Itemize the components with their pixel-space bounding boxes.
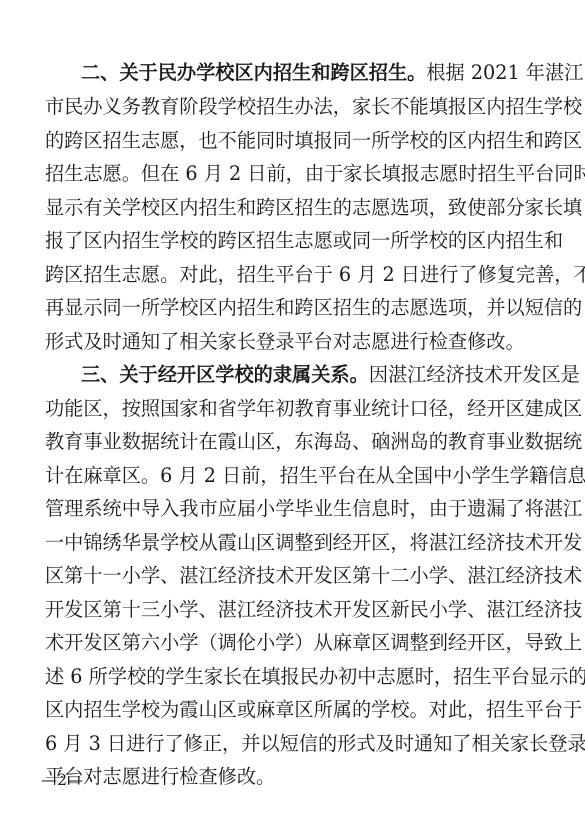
text-line: 区第十一小学、湛江经济技术开发区第十二小学、湛江经济技术 (45, 559, 531, 593)
text-line: 招生志愿。但在 6 月 2 日前，由于家长填报志愿时招生平台同时 (45, 157, 531, 191)
text-line: 区内招生学校为霞山区或麻章区所属的学校。对此，招生平台于 (45, 693, 531, 727)
section-3-first-line: 三、关于经开区学校的隶属关系。因湛江经济技术开发区是 (81, 358, 531, 392)
text-line: 一中锦绣华景学校从霞山区调整到经开区，将湛江经济技术开发 (45, 526, 531, 560)
text-line: 管理系统中导入我市应届小学毕业生信息时，由于遗漏了将湛江 (45, 492, 531, 526)
text-line: 述 6 所学校的学生家长在填报民办初中志愿时，招生平台显示的 (45, 660, 531, 694)
text-line: 根据 2021 年湛江 (426, 61, 583, 84)
text-line: 显示有关学校区内招生和跨区招生的志愿选项，致使部分家长填 (45, 191, 531, 225)
text-line: 6 月 3 日进行了修正，并以短信的形式及时通知了相关家长登录 (45, 727, 531, 761)
text-line: 平台对志愿进行检查修改。 (45, 760, 531, 794)
text-line: 报了区内招生学校的跨区招生志愿或同一所学校的区内招生和 (45, 224, 531, 258)
page-number: —2— (41, 768, 83, 792)
section-2-heading: 二、关于民办学校区内招生和跨区招生。 (81, 61, 426, 84)
text-line: 功能区，按照国家和省学年初教育事业统计口径，经开区建成区 (45, 392, 531, 426)
text-line: 开发区第十三小学、湛江经济技术开发区新民小学、湛江经济技 (45, 593, 531, 627)
section-3-heading: 三、关于经开区学校的隶属关系。 (81, 363, 369, 386)
document-page: 二、关于民办学校区内招生和跨区招生。根据 2021 年湛江 市民办义务教育阶段学… (0, 0, 585, 835)
text-line: 术开发区第六小学（调伦小学）从麻章区调整到经开区，导致上 (45, 626, 531, 660)
text-line: 因湛江经济技术开发区是 (369, 363, 580, 386)
section-2-first-line: 二、关于民办学校区内招生和跨区招生。根据 2021 年湛江 (81, 56, 531, 90)
text-line: 跨区招生志愿。对此，招生平台于 6 月 2 日进行了修复完善，不 (45, 258, 531, 292)
text-line: 市民办义务教育阶段学校招生办法，家长不能填报区内招生学校 (45, 90, 531, 124)
text-line: 再显示同一所学校区内招生和跨区招生的志愿选项，并以短信的 (45, 291, 531, 325)
text-line: 形式及时通知了相关家长登录平台对志愿进行检查修改。 (45, 325, 531, 359)
text-line: 计在麻章区。6 月 2 日前，招生平台在从全国中小学生学籍信息 (45, 459, 531, 493)
text-line: 的跨区招生志愿，也不能同时填报同一所学校的区内招生和跨区 (45, 124, 531, 158)
text-line: 教育事业数据统计在霞山区，东海岛、硇洲岛的教育事业数据统 (45, 425, 531, 459)
